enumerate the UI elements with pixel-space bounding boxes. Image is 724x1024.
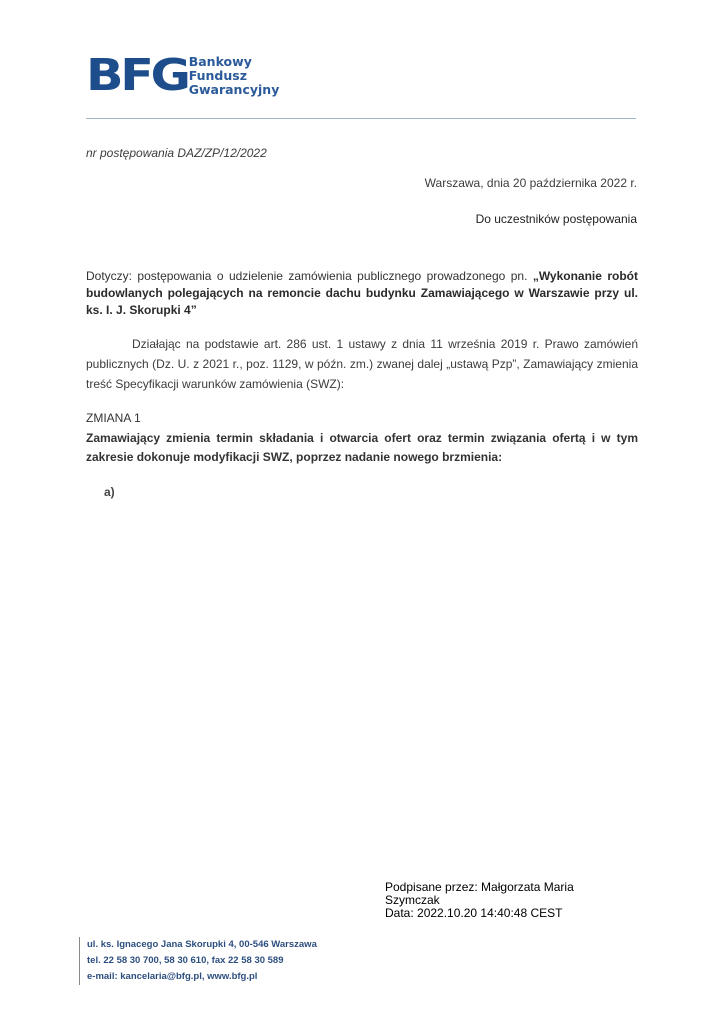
- date-line: Warszawa, dnia 20 października 2022 r.: [425, 176, 637, 190]
- signature-date: Data: 2022.10.20 14:40:48 CEST: [385, 907, 574, 920]
- case-number: nr postępowania DAZ/ZP/12/2022: [86, 146, 267, 160]
- header-divider: [86, 118, 636, 119]
- subject-paragraph: Dotyczy: postępowania o udzielenie zamów…: [86, 268, 638, 319]
- digital-signature: Podpisane przez: Małgorzata Maria Szymcz…: [385, 881, 574, 920]
- logo-line: Fundusz: [189, 69, 280, 83]
- footer-phone: tel. 22 58 30 700, 58 30 610, fax 22 58 …: [87, 953, 317, 969]
- logo-mark: BFG: [86, 55, 188, 97]
- footer-email-web: e-mail: kancelaria@bfg.pl, www.bfg.pl: [87, 969, 317, 985]
- list-item-label: a): [104, 485, 115, 499]
- logo-wordmark: Bankowy Fundusz Gwarancyjny: [189, 55, 280, 97]
- logo-line: Gwarancyjny: [189, 83, 280, 97]
- bfg-logo: BFG Bankowy Fundusz Gwarancyjny: [86, 55, 279, 97]
- change-description: Zamawiający zmienia termin składania i o…: [86, 429, 638, 467]
- subject-prefix: Dotyczy: postępowania o udzielenie zamów…: [86, 269, 533, 283]
- change-title: ZMIANA 1: [86, 411, 141, 425]
- logo-line: Bankowy: [189, 55, 280, 69]
- body-paragraph: Działając na podstawie art. 286 ust. 1 u…: [86, 334, 638, 394]
- addressee: Do uczestników postępowania: [476, 212, 637, 226]
- footer-contact: ul. ks. Ignacego Jana Skorupki 4, 00-546…: [79, 937, 317, 985]
- footer-address: ul. ks. Ignacego Jana Skorupki 4, 00-546…: [87, 937, 317, 953]
